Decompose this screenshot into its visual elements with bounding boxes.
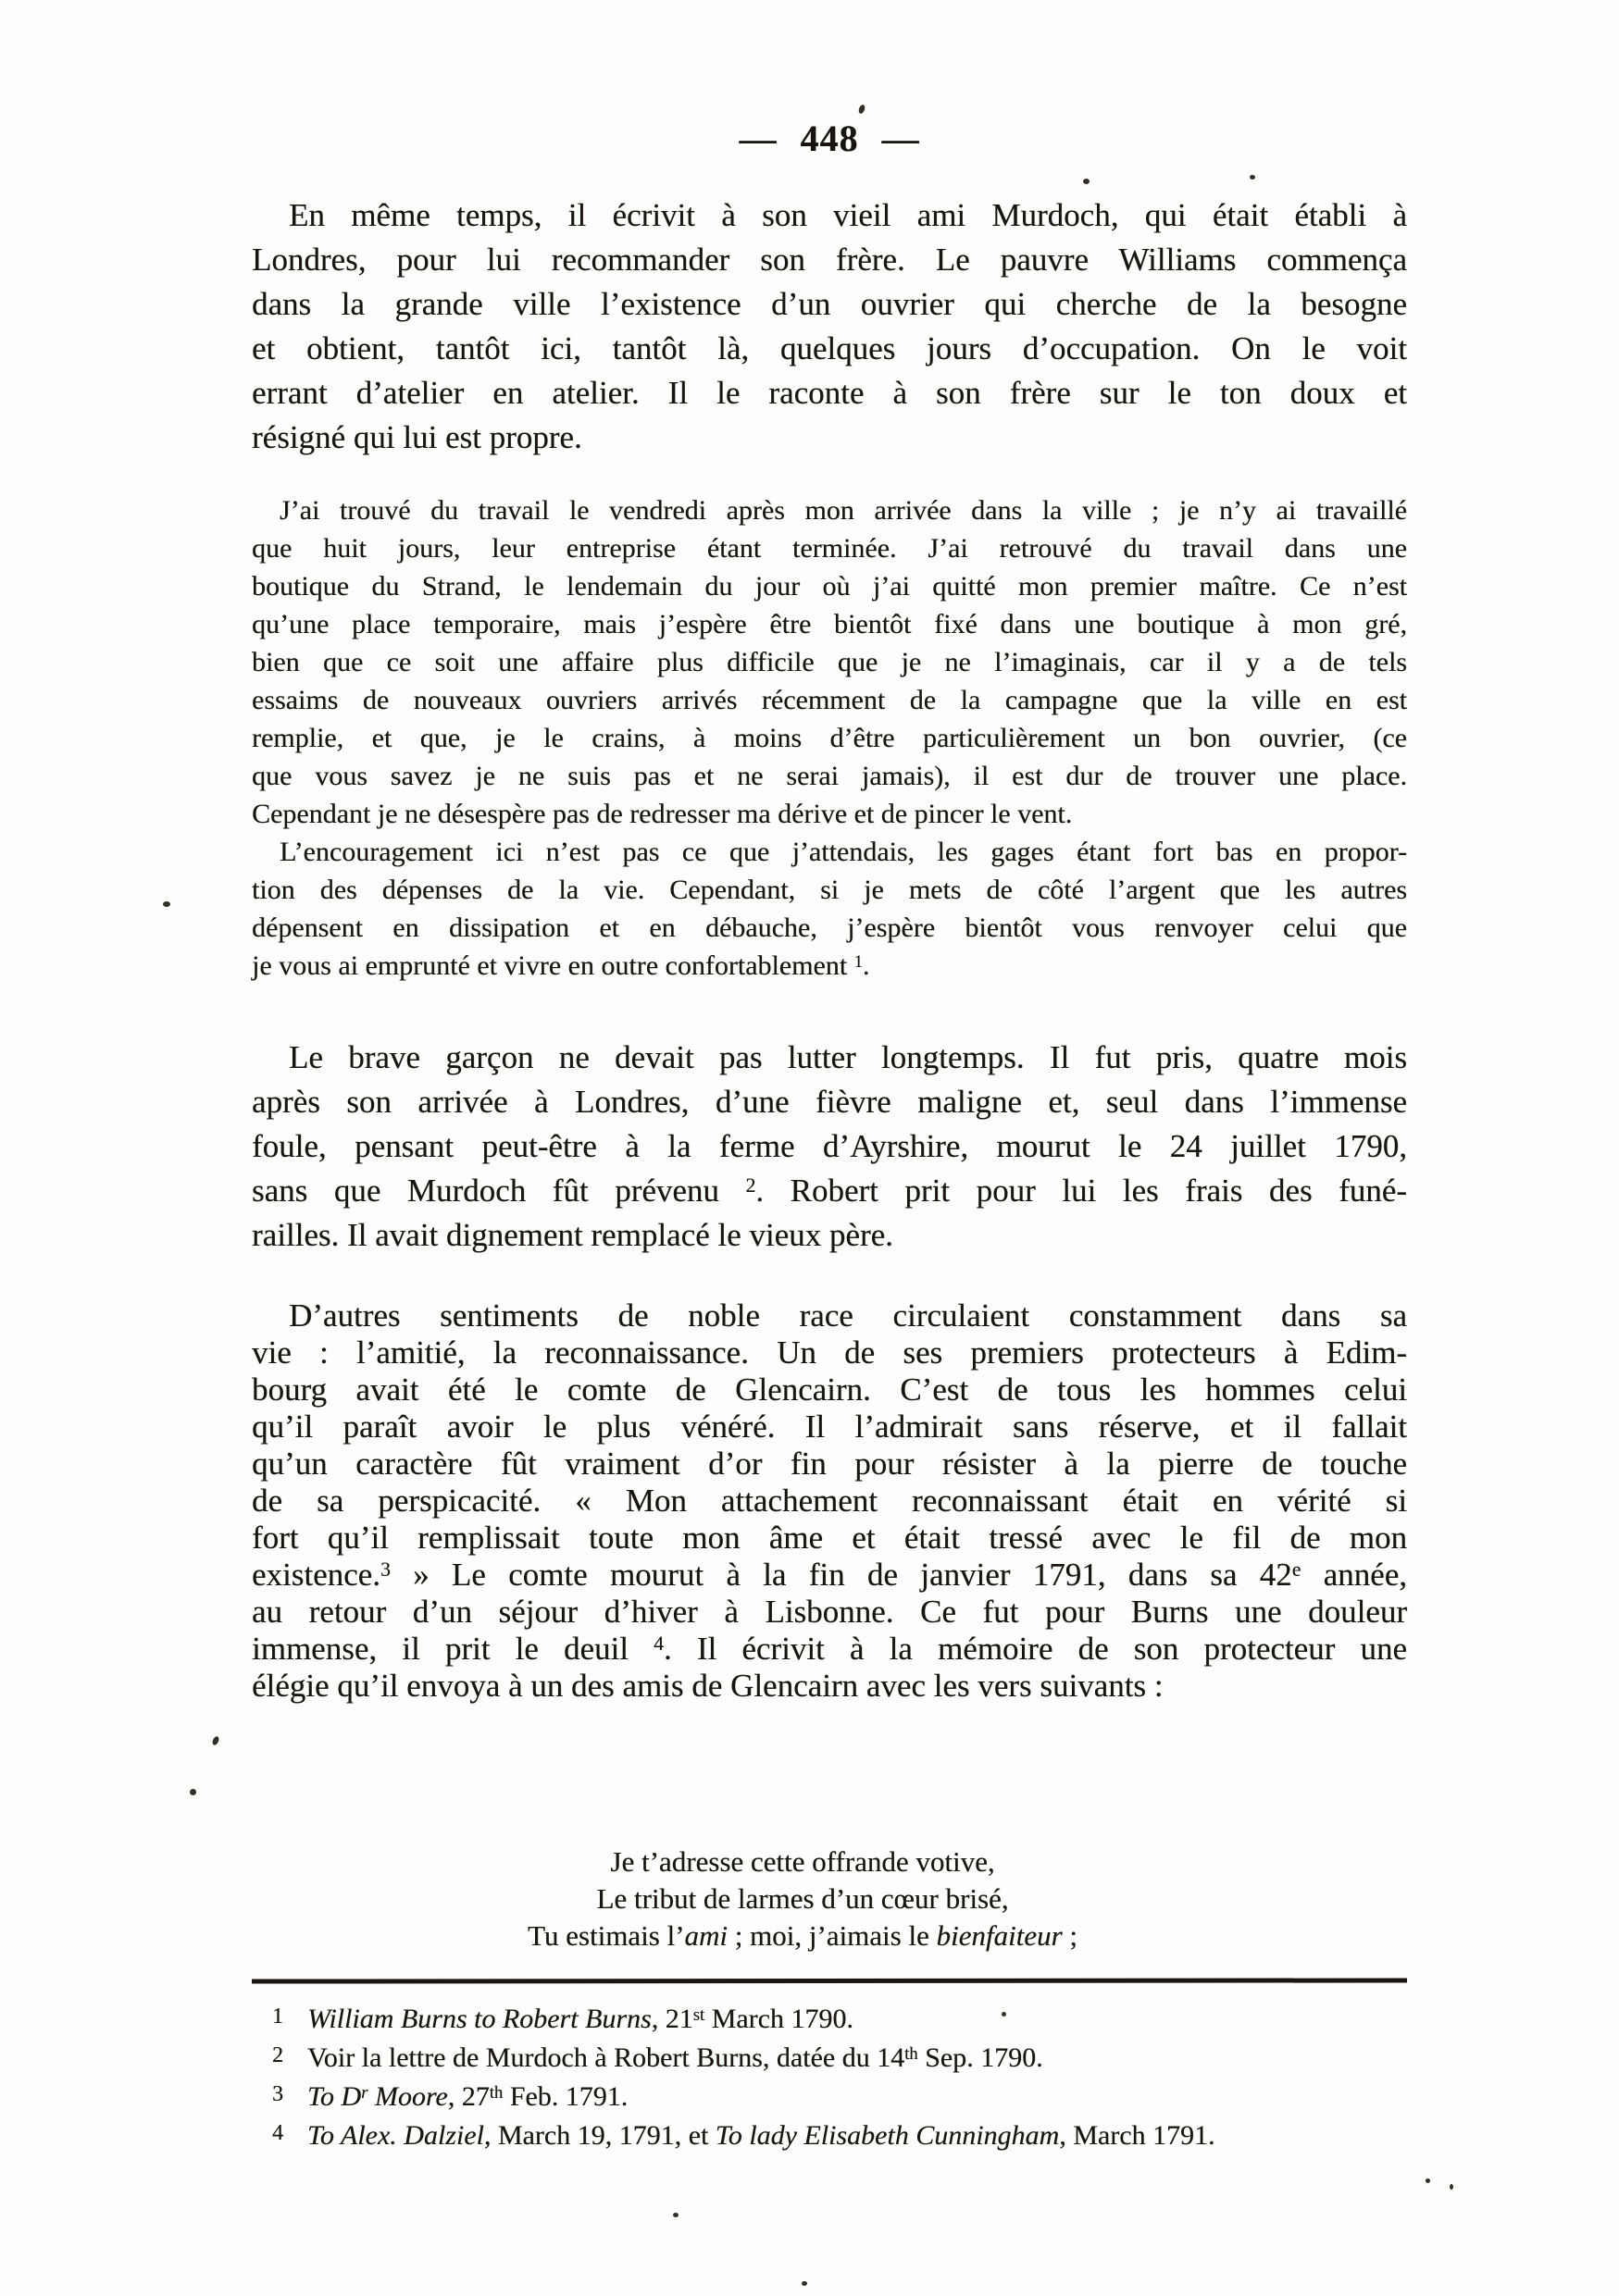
text-line: immense, il prit le deuil 4. Il écrivit … — [252, 1631, 1407, 1668]
scan-speck — [802, 2281, 807, 2286]
footnote-3: 3To Dr Moore, 27th Feb. 1791. — [252, 2079, 1407, 2117]
scan-speck — [1083, 179, 1090, 184]
text-line: au retour d’un séjour d’hiver à Lisbonne… — [252, 1594, 1407, 1631]
scan-speck — [190, 1789, 196, 1795]
footnote-1: 1William Burns to Robert Burns, 21st Mar… — [252, 2001, 1407, 2040]
text-line: résigné qui lui est propre. — [252, 416, 1407, 460]
scanned-book-page: — 448 — En même temps, il écrivit à son … — [0, 0, 1619, 2296]
text-line: L’encouragement ici n’est pas ce que j’a… — [252, 833, 1407, 871]
paragraph-william-death: Le brave garçon ne devait pas lutter lon… — [252, 1036, 1407, 1258]
text-line: En même temps, il écrivit à son vieil am… — [252, 193, 1407, 238]
text-line: errant d’atelier en atelier. Il le racon… — [252, 371, 1407, 416]
text-line: élégie qu’il envoya à un des amis de Gle… — [252, 1668, 1407, 1705]
scan-speck — [857, 104, 866, 114]
text-line: J’ai trouvé du travail le vendredi après… — [252, 491, 1407, 529]
text-line: remplie, et que, je le crains, à moins d… — [252, 719, 1407, 757]
paragraph-glencairn: D’autres sentiments de noble race circul… — [252, 1297, 1407, 1705]
text-line: qu’il paraît avoir le plus vénéré. Il l’… — [252, 1409, 1407, 1446]
footnote-4: 4To Alex. Dalziel, March 19, 1791, et To… — [252, 2117, 1407, 2156]
text-line: dans la grande ville l’existence d’un ou… — [252, 282, 1407, 327]
text-line: que huit jours, leur entreprise étant te… — [252, 529, 1407, 567]
text-line: vie : l’amitié, la reconnaissance. Un de… — [252, 1334, 1407, 1371]
text-line: essaims de nouveaux ouvriers arrivés réc… — [252, 681, 1407, 719]
verse-line: Je t’adresse cette offrande votive, — [252, 1843, 1353, 1880]
text-line: qu’une place temporaire, mais j’espère ê… — [252, 605, 1407, 643]
elegy-verses: Je t’adresse cette offrande votive, Le t… — [252, 1843, 1353, 1955]
text-line: foule, pensant peut-être à la ferme d’Ay… — [252, 1124, 1407, 1169]
text-line: après son arrivée à Londres, d’une fièvr… — [252, 1080, 1407, 1124]
scan-speck — [673, 2213, 679, 2217]
text-line: je vous ai emprunté et vivre en outre co… — [252, 947, 1407, 985]
scan-speck — [1426, 2178, 1430, 2183]
scan-speck — [1450, 2184, 1453, 2190]
text-line: que vous savez je ne suis pas et ne sera… — [252, 757, 1407, 795]
text-line: boutique du Strand, le lendemain du jour… — [252, 567, 1407, 605]
scan-speck — [211, 1735, 220, 1746]
text-line: Cependant je ne désespère pas de redress… — [252, 795, 1407, 833]
footnote-divider — [252, 1978, 1407, 1983]
text-line: railles. Il avait dignement remplacé le … — [252, 1213, 1407, 1258]
text-line: dépensent en dissipation et en débauche,… — [252, 909, 1407, 947]
text-line: fort qu’il remplissait toute mon âme et … — [252, 1520, 1407, 1557]
text-line: bourg avait été le comte de Glencairn. C… — [252, 1371, 1407, 1409]
letter-excerpt: J’ai trouvé du travail le vendredi après… — [252, 491, 1407, 985]
footnotes-section: 1William Burns to Robert Burns, 21st Mar… — [252, 2001, 1407, 2156]
text-line: existence.3 » Le comte mourut à la fin d… — [252, 1557, 1407, 1594]
text-line: Londres, pour lui recommander son frère.… — [252, 238, 1407, 282]
scan-speck — [1250, 175, 1255, 180]
verse-line: Le tribut de larmes d’un cœur brisé, — [252, 1880, 1353, 1917]
text-line: sans que Murdoch fût prévenu 2. Robert p… — [252, 1169, 1407, 1213]
paragraph-opening: En même temps, il écrivit à son vieil am… — [252, 193, 1407, 460]
scan-speck — [1002, 2012, 1006, 2017]
page-number: — 448 — — [252, 120, 1407, 157]
text-line: D’autres sentiments de noble race circul… — [252, 1297, 1407, 1334]
text-line: bien que ce soit une affaire plus diffic… — [252, 643, 1407, 681]
text-line: tion des dépenses de la vie. Cependant, … — [252, 871, 1407, 909]
text-line: qu’un caractère fût vraiment d’or fin po… — [252, 1446, 1407, 1483]
verse-line: Tu estimais l’ami ; moi, j’aimais le bie… — [252, 1917, 1353, 1955]
text-line: de sa perspicacité. « Mon attachement re… — [252, 1483, 1407, 1520]
scan-speck — [163, 901, 170, 907]
footnote-2: 2Voir la lettre de Murdoch à Robert Burn… — [252, 2040, 1407, 2079]
text-line: et obtient, tantôt ici, tantôt là, quelq… — [252, 327, 1407, 371]
text-line: Le brave garçon ne devait pas lutter lon… — [252, 1036, 1407, 1080]
